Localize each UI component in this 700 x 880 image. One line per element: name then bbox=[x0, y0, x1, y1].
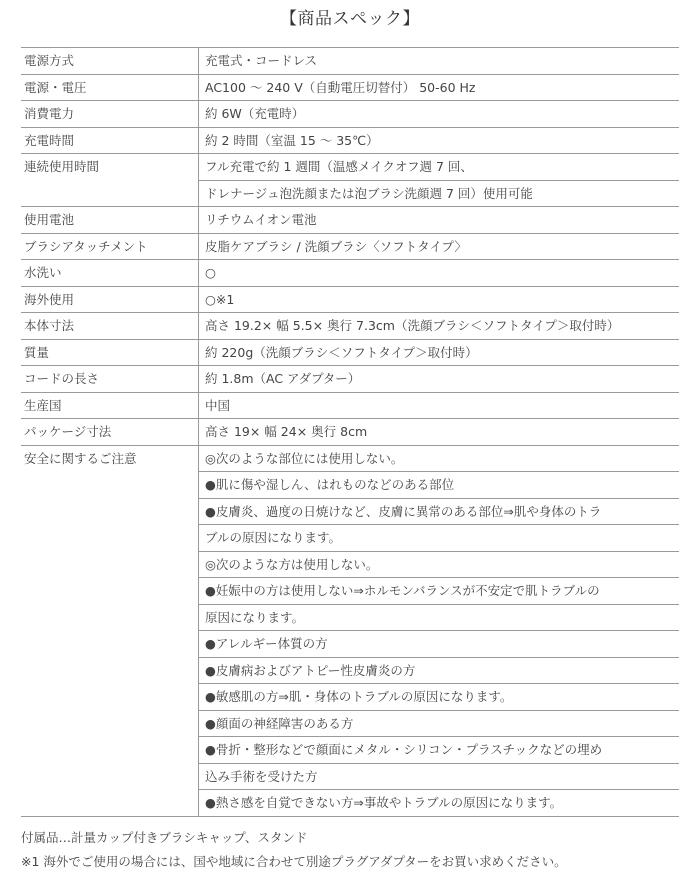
spec-value: フル充電で約 1 週間（温感メイクオフ週 7 回、ドレナージュ泡洗顔または泡ブラ… bbox=[199, 154, 680, 207]
spec-value-line: ○※1 bbox=[199, 287, 679, 313]
overseas-use-note: ※1 海外でご使用の場合には、国や地域に合わせて別途プラグアダプターをお買い求め… bbox=[21, 850, 691, 874]
spec-label: 充電時間 bbox=[21, 127, 199, 154]
spec-label: 消費電力 bbox=[21, 101, 199, 128]
spec-value-line: ●皮膚炎、過度の日焼けなど、皮膚に異常のある部位⇒肌や身体のトラ bbox=[199, 499, 679, 526]
spec-label: コードの長さ bbox=[21, 366, 199, 393]
spec-value-line: 込み手術を受けた方 bbox=[199, 764, 679, 791]
spec-row: 使用電池リチウムイオン電池 bbox=[21, 207, 679, 234]
spec-value: 皮脂ケアブラシ / 洗顔ブラシ〈ソフトタイプ〉 bbox=[199, 233, 680, 260]
spec-row: 生産国中国 bbox=[21, 392, 679, 419]
spec-value-line: 皮脂ケアブラシ / 洗顔ブラシ〈ソフトタイプ〉 bbox=[199, 234, 679, 260]
spec-row: 質量約 220g（洗顔ブラシ＜ソフトタイプ＞取付時） bbox=[21, 339, 679, 366]
spec-value: 充電式・コードレス bbox=[199, 48, 680, 75]
spec-value-line: ◎次のような方は使用しない。 bbox=[199, 552, 679, 579]
spec-value-line: 高さ 19.2× 幅 5.5× 奥行 7.3cm（洗顔ブラシ＜ソフトタイプ＞取付… bbox=[199, 313, 679, 339]
spec-value: 高さ 19× 幅 24× 奥行 8cm bbox=[199, 419, 680, 446]
spec-value-line: ●肌に傷や湿しん、はれものなどのある部位 bbox=[199, 472, 679, 499]
spec-value-line: 原因になります。 bbox=[199, 605, 679, 632]
spec-value-line: ●熱さ感を自覚できない方⇒事故やトラブルの原因になります。 bbox=[199, 790, 679, 816]
spec-label: 電源方式 bbox=[21, 48, 199, 75]
spec-value-line: 約 1.8m（AC アダプター） bbox=[199, 366, 679, 392]
spec-row: 本体寸法高さ 19.2× 幅 5.5× 奥行 7.3cm（洗顔ブラシ＜ソフトタイ… bbox=[21, 313, 679, 340]
spec-row: コードの長さ約 1.8m（AC アダプター） bbox=[21, 366, 679, 393]
spec-row: 連続使用時間フル充電で約 1 週間（温感メイクオフ週 7 回、ドレナージュ泡洗顔… bbox=[21, 154, 679, 207]
spec-value-line: 中国 bbox=[199, 393, 679, 419]
spec-value-line: ドレナージュ泡洗顔または泡ブラシ洗顔週 7 回）使用可能 bbox=[199, 181, 679, 207]
spec-label: 本体寸法 bbox=[21, 313, 199, 340]
spec-row: 水洗い○ bbox=[21, 260, 679, 287]
page-title: 【商品スペック】 bbox=[0, 6, 700, 32]
spec-label: 安全に関するご注意 bbox=[21, 445, 199, 816]
spec-value-line: ●顔面の神経障害のある方 bbox=[199, 711, 679, 738]
spec-value: ○※1 bbox=[199, 286, 680, 313]
spec-table: 電源方式充電式・コードレス電源・電圧AC100 ～ 240 V（自動電圧切替付）… bbox=[21, 47, 679, 817]
accessories-note: 付属品…計量カップ付きブラシキャップ、スタンド bbox=[21, 826, 691, 850]
spec-value: 約 6W（充電時） bbox=[199, 101, 680, 128]
spec-value: 約 1.8m（AC アダプター） bbox=[199, 366, 680, 393]
spec-value-line: ○ bbox=[199, 260, 679, 286]
spec-value-line: 約 2 時間（室温 15 ～ 35℃） bbox=[199, 128, 679, 154]
spec-value-line: リチウムイオン電池 bbox=[199, 207, 679, 233]
spec-label: 海外使用 bbox=[21, 286, 199, 313]
spec-label: ブラシアタッチメント bbox=[21, 233, 199, 260]
spec-row: 海外使用○※1 bbox=[21, 286, 679, 313]
spec-value: 約 2 時間（室温 15 ～ 35℃） bbox=[199, 127, 680, 154]
footer-notes: 付属品…計量カップ付きブラシキャップ、スタンド ※1 海外でご使用の場合には、国… bbox=[21, 826, 691, 874]
spec-row: 充電時間約 2 時間（室温 15 ～ 35℃） bbox=[21, 127, 679, 154]
spec-label: 連続使用時間 bbox=[21, 154, 199, 207]
spec-row: パッケージ寸法高さ 19× 幅 24× 奥行 8cm bbox=[21, 419, 679, 446]
spec-value-line: 約 220g（洗顔ブラシ＜ソフトタイプ＞取付時） bbox=[199, 340, 679, 366]
spec-label: 質量 bbox=[21, 339, 199, 366]
spec-row: 安全に関するご注意◎次のような部位には使用しない。●肌に傷や湿しん、はれものなど… bbox=[21, 445, 679, 816]
spec-row: 電源・電圧AC100 ～ 240 V（自動電圧切替付） 50-60 Hz bbox=[21, 74, 679, 101]
spec-label: 生産国 bbox=[21, 392, 199, 419]
spec-value: 中国 bbox=[199, 392, 680, 419]
spec-row: 消費電力約 6W（充電時） bbox=[21, 101, 679, 128]
spec-label: 水洗い bbox=[21, 260, 199, 287]
spec-value-line: 充電式・コードレス bbox=[199, 48, 679, 74]
spec-label: 電源・電圧 bbox=[21, 74, 199, 101]
spec-value: ◎次のような部位には使用しない。●肌に傷や湿しん、はれものなどのある部位●皮膚炎… bbox=[199, 445, 680, 816]
spec-row: ブラシアタッチメント皮脂ケアブラシ / 洗顔ブラシ〈ソフトタイプ〉 bbox=[21, 233, 679, 260]
spec-value-line: 高さ 19× 幅 24× 奥行 8cm bbox=[199, 419, 679, 445]
spec-value: ○ bbox=[199, 260, 680, 287]
spec-value: 約 220g（洗顔ブラシ＜ソフトタイプ＞取付時） bbox=[199, 339, 680, 366]
spec-table-body: 電源方式充電式・コードレス電源・電圧AC100 ～ 240 V（自動電圧切替付）… bbox=[21, 48, 679, 817]
spec-value: AC100 ～ 240 V（自動電圧切替付） 50-60 Hz bbox=[199, 74, 680, 101]
spec-value-line: ●妊娠中の方は使用しない⇒ホルモンバランスが不安定で肌トラブルの bbox=[199, 578, 679, 605]
spec-value: 高さ 19.2× 幅 5.5× 奥行 7.3cm（洗顔ブラシ＜ソフトタイプ＞取付… bbox=[199, 313, 680, 340]
spec-label: 使用電池 bbox=[21, 207, 199, 234]
spec-value: リチウムイオン電池 bbox=[199, 207, 680, 234]
spec-value-line: AC100 ～ 240 V（自動電圧切替付） 50-60 Hz bbox=[199, 75, 679, 101]
spec-value-line: ブルの原因になります。 bbox=[199, 525, 679, 552]
spec-row: 電源方式充電式・コードレス bbox=[21, 48, 679, 75]
spec-value-line: ◎次のような部位には使用しない。 bbox=[199, 446, 679, 473]
spec-value-line: 約 6W（充電時） bbox=[199, 101, 679, 127]
spec-label: パッケージ寸法 bbox=[21, 419, 199, 446]
spec-value-line: ●骨折・整形などで顔面にメタル・シリコン・プラスチックなどの埋め bbox=[199, 737, 679, 764]
spec-value-line: フル充電で約 1 週間（温感メイクオフ週 7 回、 bbox=[199, 154, 679, 181]
spec-value-line: ●敏感肌の方⇒肌・身体のトラブルの原因になります。 bbox=[199, 684, 679, 711]
spec-value-line: ●皮膚病およびアトピー性皮膚炎の方 bbox=[199, 658, 679, 685]
spec-value-line: ●アレルギー体質の方 bbox=[199, 631, 679, 658]
